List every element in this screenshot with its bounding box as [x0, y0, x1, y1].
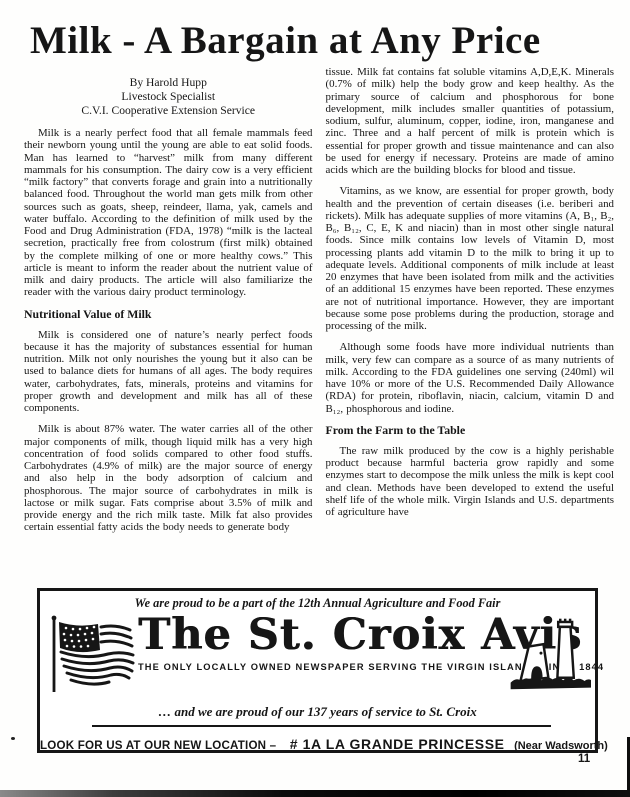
byline-author: By Harold Hupp	[24, 76, 313, 90]
article-paragraph: The raw milk produced by the cow is a hi…	[326, 445, 615, 519]
ad-masthead-block: The St. Croix Avis THE ONLY LOCALLY OWNE…	[138, 611, 509, 672]
article-title: Milk - A Bargain at Any Price	[0, 0, 630, 61]
article-paragraph: Milk is about 87% water. The water carri…	[24, 423, 313, 533]
ad-tagline: THE ONLY LOCALLY OWNED NEWSPAPER SERVING…	[138, 662, 509, 672]
page-number: 11	[578, 753, 590, 765]
ad-masthead-row: The St. Croix Avis THE ONLY LOCALLY OWNE…	[40, 611, 595, 700]
ad-divider-rule	[92, 725, 551, 727]
byline-role: Livestock Specialist	[24, 90, 313, 104]
scan-edge-bottom	[0, 790, 630, 797]
byline: By Harold Hupp Livestock Specialist C.V.…	[24, 76, 313, 118]
byline-org: C.V.I. Cooperative Extension Service	[24, 104, 313, 118]
scan-artifact-dot	[11, 737, 15, 740]
scanned-document-page: Milk - A Bargain at Any Price By Harold …	[0, 0, 630, 797]
section-heading-nutritional-value: Nutritional Value of Milk	[24, 308, 313, 321]
ad-service-line: … and we are proud of our 137 years of s…	[40, 704, 595, 719]
ad-masthead: The St. Croix Avis	[138, 611, 509, 659]
ad-location-note: (Near Wadsworth)	[514, 740, 608, 752]
sugar-mill-tower-icon	[509, 617, 591, 700]
ad-top-line: We are proud to be a part of the 12th An…	[40, 596, 595, 610]
ad-location-line: LOOK FOR US AT OUR NEW LOCATION – # 1A L…	[40, 736, 595, 754]
article-paragraph: Milk is considered one of nature’s nearl…	[24, 329, 313, 415]
us-flag-icon	[46, 613, 138, 700]
right-column: tissue. Milk fat contains fat soluble vi…	[326, 66, 615, 543]
ad-location-address: # 1A LA GRANDE PRINCESSE	[290, 736, 505, 752]
section-heading-farm-to-table: From the Farm to the Table	[326, 424, 615, 437]
newspaper-advertisement: We are proud to be a part of the 12th An…	[37, 588, 598, 753]
ad-location-label: LOOK FOR US AT OUR NEW LOCATION –	[40, 739, 276, 752]
article-paragraph: Milk is a nearly perfect food that all f…	[24, 127, 313, 299]
left-column: By Harold Hupp Livestock Specialist C.V.…	[24, 66, 313, 543]
article-paragraph: Vitamins, as we know, are essential for …	[326, 185, 615, 332]
article-paragraph: Although some foods have more individual…	[326, 341, 615, 415]
article-paragraph: tissue. Milk fat contains fat soluble vi…	[326, 66, 615, 176]
article-columns: By Harold Hupp Livestock Specialist C.V.…	[0, 61, 630, 543]
